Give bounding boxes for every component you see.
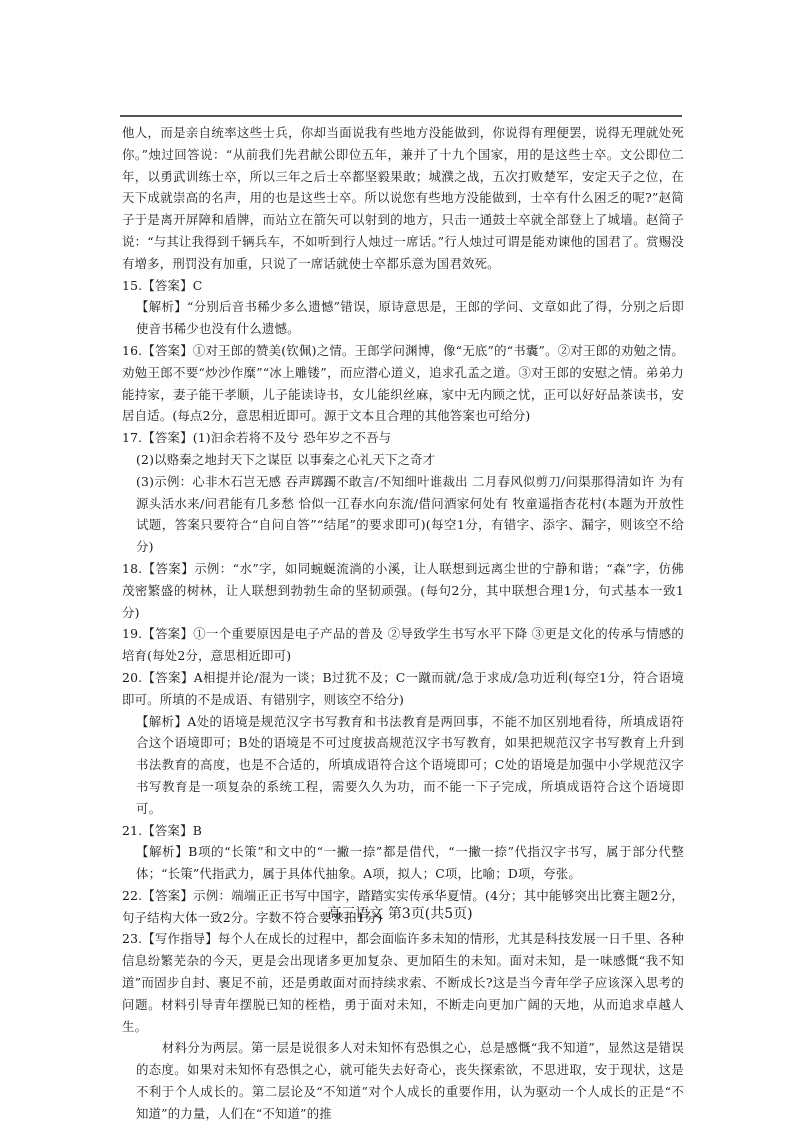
question-number: 23. bbox=[122, 931, 142, 946]
question-20: 20.【答案】A相提并论/混为一谈；B过犹不及；C一蹴而就/急于求成/急功近利(… bbox=[122, 667, 684, 820]
answer-text: ①一个重要原因是电子产品的普及 ②导致学生书写水平下降 ③更是文化的传承与情感的… bbox=[122, 626, 684, 663]
answer-text: C bbox=[193, 278, 203, 293]
answer-tag: 【答案】 bbox=[142, 626, 193, 641]
answer-tag: 【答案】 bbox=[142, 888, 193, 903]
sub-answer-2: (2)以赂秦之地封天下之谋臣 以事秦之心礼天下之奇才 bbox=[122, 449, 684, 471]
material-analysis-paragraph: 材料分为两层。第一层是说很多人对未知怀有恐惧之心，总是感慨“我不知道”，显然这是… bbox=[122, 1037, 684, 1124]
answer-tag: 【答案】 bbox=[142, 278, 192, 293]
answer-text: A相提并论/混为一谈；B过犹不及；C一蹴而就/急于求成/急功近利(每空1分，符合… bbox=[122, 670, 684, 707]
translation-continuation: 他人，而是亲自统率这些士兵，你却当面说我有些地方没能做到，你说得有理便罢，说得无… bbox=[122, 122, 684, 275]
question-number: 18. bbox=[122, 561, 142, 576]
question-19: 19.【答案】①一个重要原因是电子产品的普及 ②导致学生书写水平下降 ③更是文化… bbox=[122, 623, 684, 667]
answer-tag: 【答案】 bbox=[142, 343, 193, 358]
analysis-text: A处的语境是规范汉字书写教育和书法教育是两回事，不能不加区别地看待，所填成语符合… bbox=[136, 714, 684, 816]
answer-tag: 【答案】 bbox=[142, 823, 192, 838]
question-number: 22. bbox=[122, 888, 142, 903]
analysis-text: B项的“长策”和文中的“一撇一捺”都是借代，“一撇一捺”代指汉字书写，属于部分代… bbox=[136, 844, 684, 881]
question-number: 21. bbox=[122, 823, 142, 838]
sub-answer-3: (3)示例：心非木石岂无感 吞声踯躅不敢言/不知细叶谁裁出 二月春风似剪刀/问渠… bbox=[122, 471, 684, 558]
question-number: 17. bbox=[122, 430, 142, 445]
answer-tag: 【答案】 bbox=[142, 561, 194, 576]
answer-text: B bbox=[193, 823, 202, 838]
question-number: 16. bbox=[122, 343, 142, 358]
analysis-tag: 【解析】 bbox=[136, 299, 187, 314]
question-number: 19. bbox=[122, 626, 142, 641]
question-18: 18.【答案】示例：“水”字，如同蜿蜒流淌的小溪，让人联想到远离尘世的宁静和谐；… bbox=[122, 558, 684, 623]
answer-text: 示例：“水”字，如同蜿蜒流淌的小溪，让人联想到远离尘世的宁静和谐；“森”字，仿佛… bbox=[122, 561, 684, 620]
question-17: 17.【答案】(1)汩余若将不及兮 恐年岁之不吾与 (2)以赂秦之地封天下之谋臣… bbox=[122, 427, 684, 558]
question-15: 15.【答案】C 【解析】“分别后音书稀少多么遗憾”错误，原诗意思是，王郎的学问… bbox=[122, 275, 684, 340]
analysis-tag: 【解析】 bbox=[136, 844, 188, 859]
analysis-text: “分别后音书稀少多么遗憾”错误，原诗意思是，王郎的学问、文章如此了得，分别之后即… bbox=[136, 299, 684, 336]
question-number: 15. bbox=[122, 278, 142, 293]
writing-guide-tag: 【写作指导】 bbox=[142, 931, 218, 946]
question-16: 16.【答案】①对王郎的赞美(钦佩)之情。王郎学问渊博，像“无底”的“书囊”。②… bbox=[122, 340, 684, 427]
answer-tag: 【答案】 bbox=[142, 670, 193, 685]
top-rule bbox=[120, 115, 682, 117]
question-23: 23.【写作指导】每个人在成长的过程中，都会面临许多未知的情形，尤其是科技发展一… bbox=[122, 928, 684, 1124]
answer-text: ①对王郎的赞美(钦佩)之情。王郎学问渊博，像“无底”的“书囊”。②对王郎的劝勉之… bbox=[122, 343, 684, 423]
analysis-tag: 【解析】 bbox=[136, 714, 187, 729]
writing-guide-text: 每个人在成长的过程中，都会面临许多未知的情形，尤其是科技发展一日千里、各种信息纷… bbox=[122, 931, 684, 1033]
answer-text: (1)汩余若将不及兮 恐年岁之不吾与 bbox=[193, 430, 392, 445]
page-footer: 高三语文 第3页(共5页) bbox=[0, 903, 800, 923]
question-number: 20. bbox=[122, 670, 142, 685]
answer-tag: 【答案】 bbox=[142, 430, 192, 445]
question-21: 21.【答案】B 【解析】B项的“长策”和文中的“一撇一捺”都是借代，“一撇一捺… bbox=[122, 820, 684, 885]
document-page: 他人，而是亲自统率这些士兵，你却当面说我有些地方没能做到，你说得有理便罢，说得无… bbox=[122, 122, 684, 1125]
